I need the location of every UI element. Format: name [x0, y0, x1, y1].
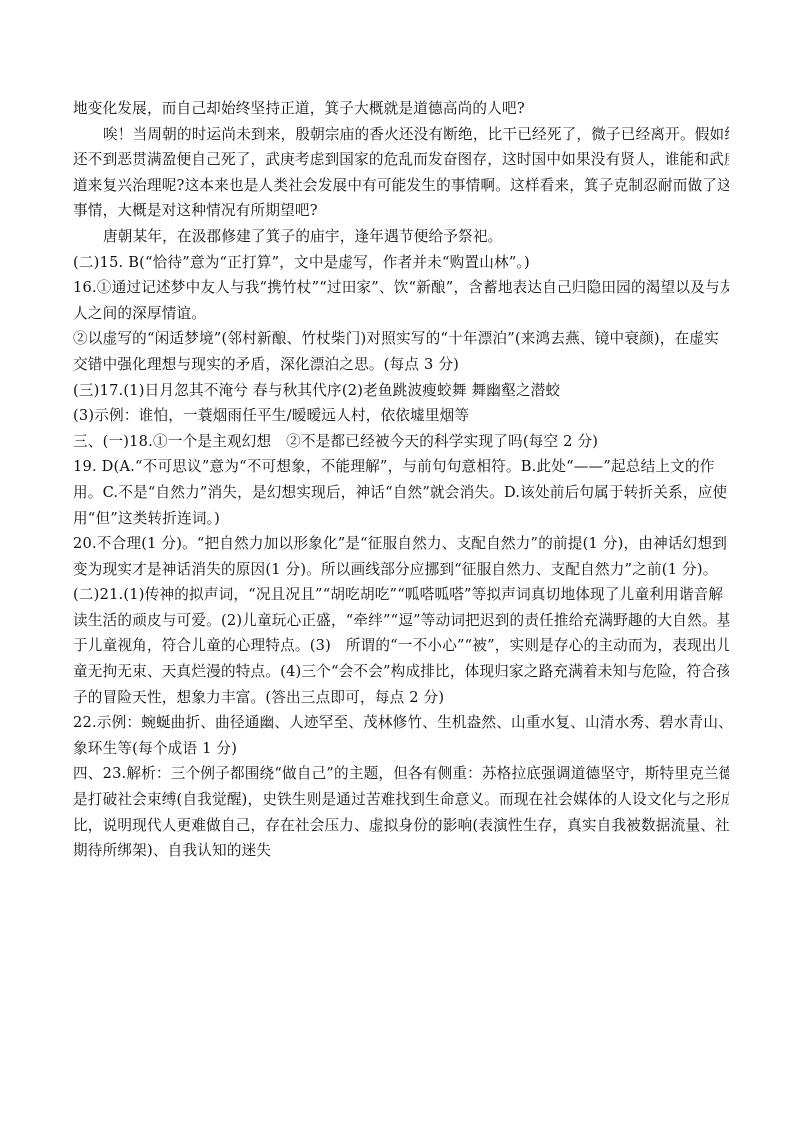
answer-22: 22.示例：蜿蜒曲折、曲径通幽、人迹罕至、茂林修竹、生机盎然、山重水复、山清水秀…: [73, 710, 729, 736]
text-line: 变为现实才是神话消失的原因(1 分)。所以画线部分应挪到“征服自然力、支配自然力…: [73, 557, 729, 583]
answer-16: 16.①通过记述梦中友人与我“携竹杖”“过田家”、饮“新酿”，含蓄地表达自己归隐…: [73, 275, 729, 301]
text-line: 童无拘无束、天真烂漫的特点。(4)三个“会不会”构成排比，体现归家之路充满着未知…: [73, 659, 729, 685]
text-line: 事情，大概是对这种情况有所期望吧?: [73, 198, 729, 224]
text-line: 子的冒险天性，想象力丰富。(答出三点即可，每点 2 分): [73, 685, 729, 711]
answer-key-page: 地变化发展，而自己却始终坚持正道，箕子大概就是道德高尚的人吧? 唉！当周朝的时运…: [73, 96, 729, 864]
text-line: 地变化发展，而自己却始终坚持正道，箕子大概就是道德高尚的人吧?: [73, 96, 729, 122]
text-line: 用。C.不是“自然力”消失，是幻想实现后，神话“自然”就会消失。D.该处前后句属…: [73, 480, 729, 506]
text-line: 还不到恶贯满盈便自己死了，武庚考虑到国家的危乱而发奋图存，这时国中如果没有贤人，…: [73, 147, 729, 173]
text-line: 比，说明现代人更难做自己，存在社会压力、虚拟身份的影响(表演性生存，真实自我被数…: [73, 813, 729, 839]
text-line: 交错中强化理想与现实的矛盾，深化漂泊之思。(每点 3 分): [73, 352, 729, 378]
answer-19: 19. D(A.“不可思议”意为“不可想象，不能理解”，与前句句意相符。B.此处…: [73, 454, 729, 480]
answer-17: (三)17.(1)日月忽其不淹兮 春与秋其代序(2)老鱼跳波瘦蛟舞 舞幽壑之潜蛟: [73, 378, 729, 404]
text-line: 象环生等(每个成语 1 分): [73, 736, 729, 762]
answer-18: 三、(一)18.①一个是主观幻想 ②不是都已经被今天的科学实现了吗(每空 2 分…: [73, 429, 729, 455]
text-line: 道来复兴治理呢?这本来也是人类社会发展中有可能发生的事情啊。这样看来，箕子克制忍…: [73, 173, 729, 199]
answer-15: (二)15. B(“恰待”意为“正打算”，文中是虚写，作者并未“购置山林”。): [73, 250, 729, 276]
text-line: 是打破社会束缚(自我觉醒)，史铁生则是通过苦难找到生命意义。而现在社会媒体的人设…: [73, 787, 729, 813]
answer-21: (二)21.(1)传神的拟声词，“况且况且”“胡吃胡吃”“呱嗒呱嗒”等拟声词真切…: [73, 582, 729, 608]
text-line: 人之间的深厚情谊。: [73, 301, 729, 327]
text-line: ②以虚写的“闲适梦境”(邻村新酿、竹杖柴门)对照实写的“十年漂泊”(来鸿去燕、镜…: [73, 326, 729, 352]
text-line: 于儿童视角，符合儿童的心理特点。(3) 所谓的“一不小心”“被”，实则是存心的主…: [73, 633, 729, 659]
text-line: 唉！当周朝的时运尚未到来，殷朝宗庙的香火还没有断绝，比干已经死了，微子已经离开。…: [73, 122, 729, 148]
text-line: 唐朝某年，在汲郡修建了箕子的庙宇，逢年遇节便给予祭祀。: [73, 224, 729, 250]
answer-20: 20.不合理(1 分)。“把自然力加以形象化”是“征服自然力、支配自然力”的前提…: [73, 531, 729, 557]
text-line: 读生活的顽皮与可爱。(2)儿童玩心正盛，“牵绊”“逗”等动词把迟到的责任推给充满…: [73, 608, 729, 634]
text-line: 期待所绑架)、自我认知的迷失: [73, 838, 729, 864]
answer-23: 四、23.解析：三个例子都围绕“做自己”的主题，但各有侧重：苏格拉底强调道德坚守…: [73, 761, 729, 787]
text-line: 用“但”这类转折连词。): [73, 506, 729, 532]
text-line: (3)示例：谁怕，一蓑烟雨任平生/暧暧远人村，依依墟里烟等: [73, 403, 729, 429]
